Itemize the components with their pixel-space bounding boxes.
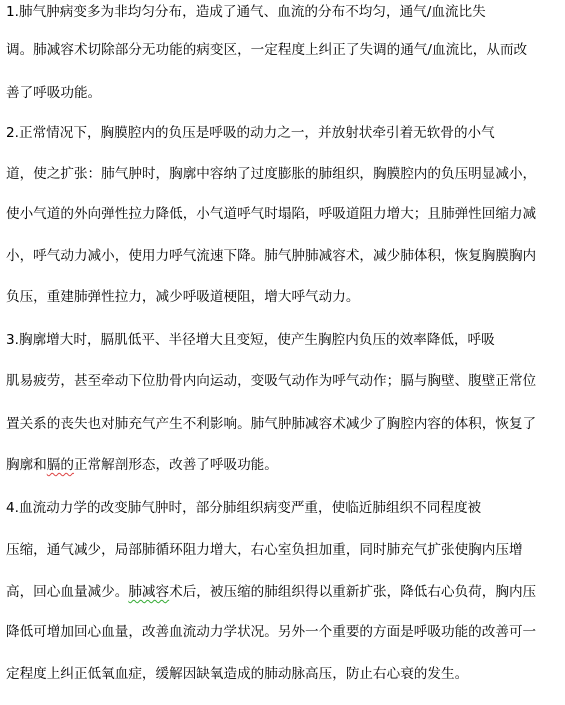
text-run: 高，回心血量减少。: [6, 584, 128, 600]
text-line: 压缩，通气减少，局部肺循环阻力增大，右心室负担加重，同时肺充气扩张使胸内压增: [6, 540, 523, 560]
text-line: 善了呼吸功能。: [6, 83, 101, 103]
text-line: 置关系的丧失也对肺充气产生不利影响。肺气肿肺减容术减少了胸腔内容的体积，恢复了: [6, 414, 536, 434]
text-line: 肌易疲劳，甚至牵动下位肋骨内向运动，变吸气动作为呼气动作；膈与胸壁、腹壁正常位: [6, 371, 536, 391]
text-run: 正常解剖形态，改善了呼吸功能。: [74, 457, 278, 473]
text-run: 胸廓和: [6, 457, 47, 473]
text-line: 胸廓和膈的正常解剖形态，改善了呼吸功能。: [6, 455, 278, 475]
text-line: 高，回心血量减少。肺减容术后，被压缩的肺组织得以重新扩张，降低右心负荷，胸内压: [6, 582, 536, 602]
text-line: 调。肺减容术切除部分无功能的病变区，一定程度上纠正了失调的通气/血流比，从而改: [6, 40, 527, 60]
text-line: 1.肺气肿病变多为非均匀分布，造成了通气、血流的分布不均匀，通气/血流比失: [6, 2, 486, 22]
text-run: 术后，被压缩的肺组织得以重新扩张，降低右心负荷，胸内压: [169, 584, 536, 600]
text-line: 3.胸廓增大时，膈肌低平、半径增大且变短，使产生胸腔内负压的效率降低，呼吸: [6, 330, 495, 350]
text-line: 负压，重建肺弹性拉力，减少呼吸道梗阻，增大呼气动力。: [6, 287, 359, 307]
text-line: 4.血流动力学的改变肺气肿时，部分肺组织病变严重，使临近肺组织不同程度被: [6, 498, 481, 518]
text-line: 使小气道的外向弹性拉力降低，小气道呼气时塌陷，呼吸道阻力增大；且肺弹性回缩力减: [6, 204, 536, 224]
spellcheck-flagged-word[interactable]: 膈的: [47, 457, 74, 473]
text-line: 降低可增加回心血量，改善血流动力学状况。另外一个重要的方面是呼吸功能的改善可一: [6, 622, 536, 642]
text-line: 2.正常情况下，胸膜腔内的负压是呼吸的动力之一，并放射状牵引着无软骨的小气: [6, 123, 495, 143]
text-line: 道，使之扩张：肺气肿时，胸廓中容纳了过度膨胀的肺组织，胸膜腔内的负压明显减小，: [6, 164, 536, 184]
grammar-flagged-word[interactable]: 肺减容: [128, 584, 169, 600]
text-line: 小，呼气动力减小，使用力呼气流速下降。肺气肿肺减容术，减少肺体积，恢复胸膜胸内: [6, 246, 536, 266]
text-line: 定程度上纠正低氧血症，缓解因缺氧造成的肺动脉高压，防止右心衰的发生。: [6, 664, 468, 684]
